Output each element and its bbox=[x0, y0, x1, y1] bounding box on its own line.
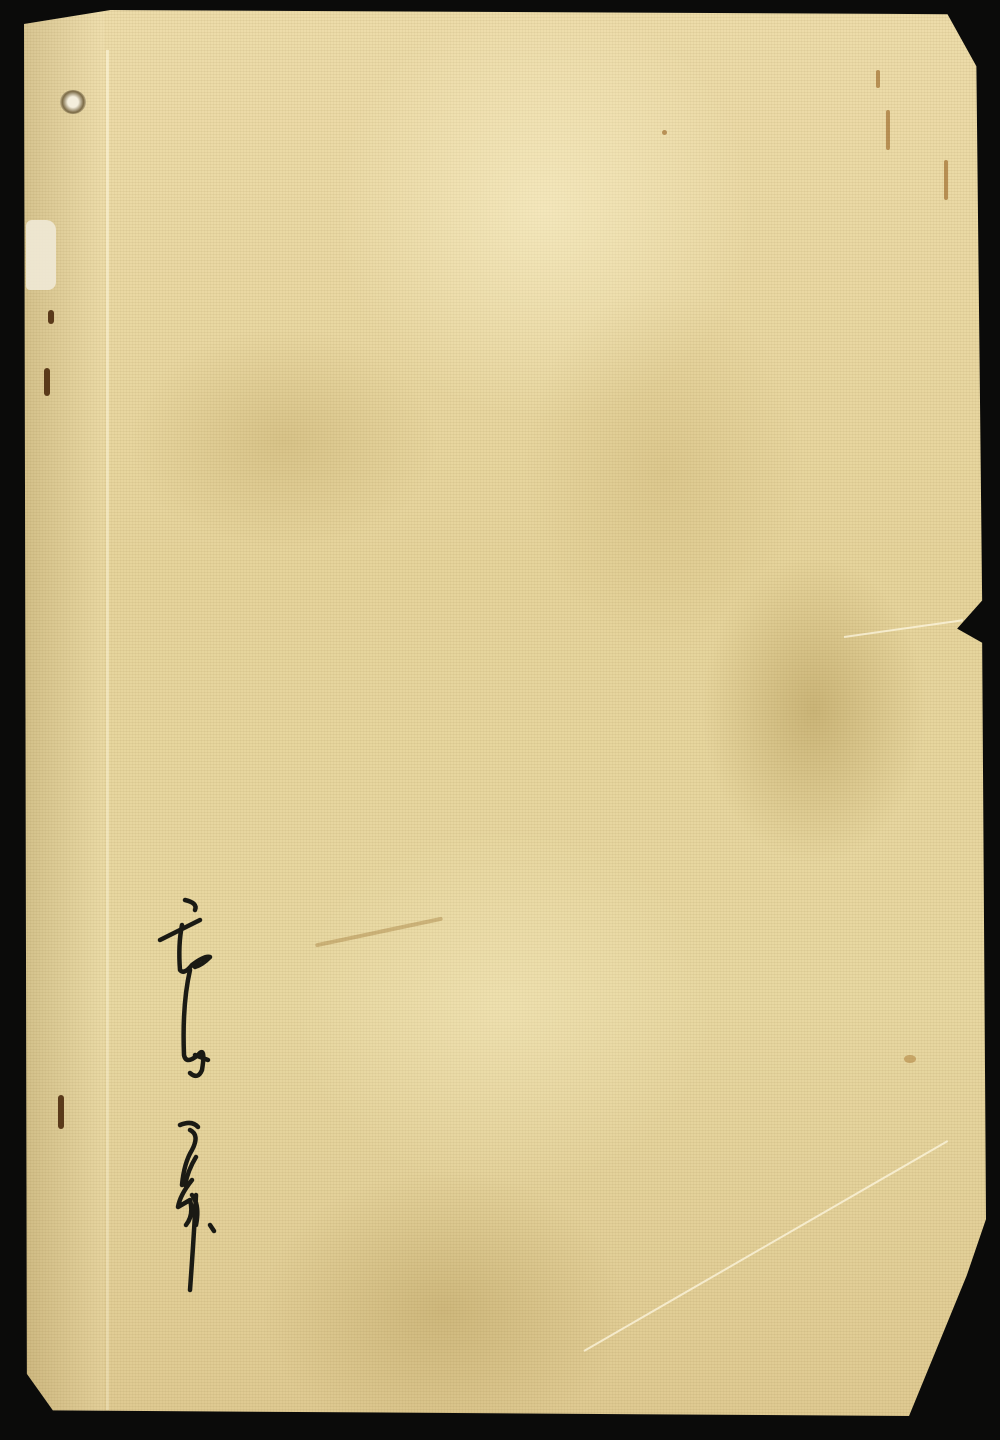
handwritten-signature bbox=[150, 895, 260, 1295]
binding-hole bbox=[60, 90, 86, 114]
crease bbox=[584, 1140, 949, 1352]
stain bbox=[662, 130, 667, 135]
book-cover: 花山大郎 bbox=[24, 10, 986, 1416]
stain bbox=[876, 70, 880, 88]
torn-patch bbox=[26, 220, 56, 290]
crease bbox=[844, 619, 963, 638]
stain bbox=[944, 160, 948, 200]
stain bbox=[886, 110, 890, 150]
stain bbox=[315, 917, 443, 948]
binding-staple bbox=[48, 310, 54, 324]
stain bbox=[904, 1055, 916, 1063]
binding-staple bbox=[44, 368, 50, 396]
binding-staple bbox=[58, 1095, 64, 1129]
spine-fold-line bbox=[106, 50, 109, 1410]
